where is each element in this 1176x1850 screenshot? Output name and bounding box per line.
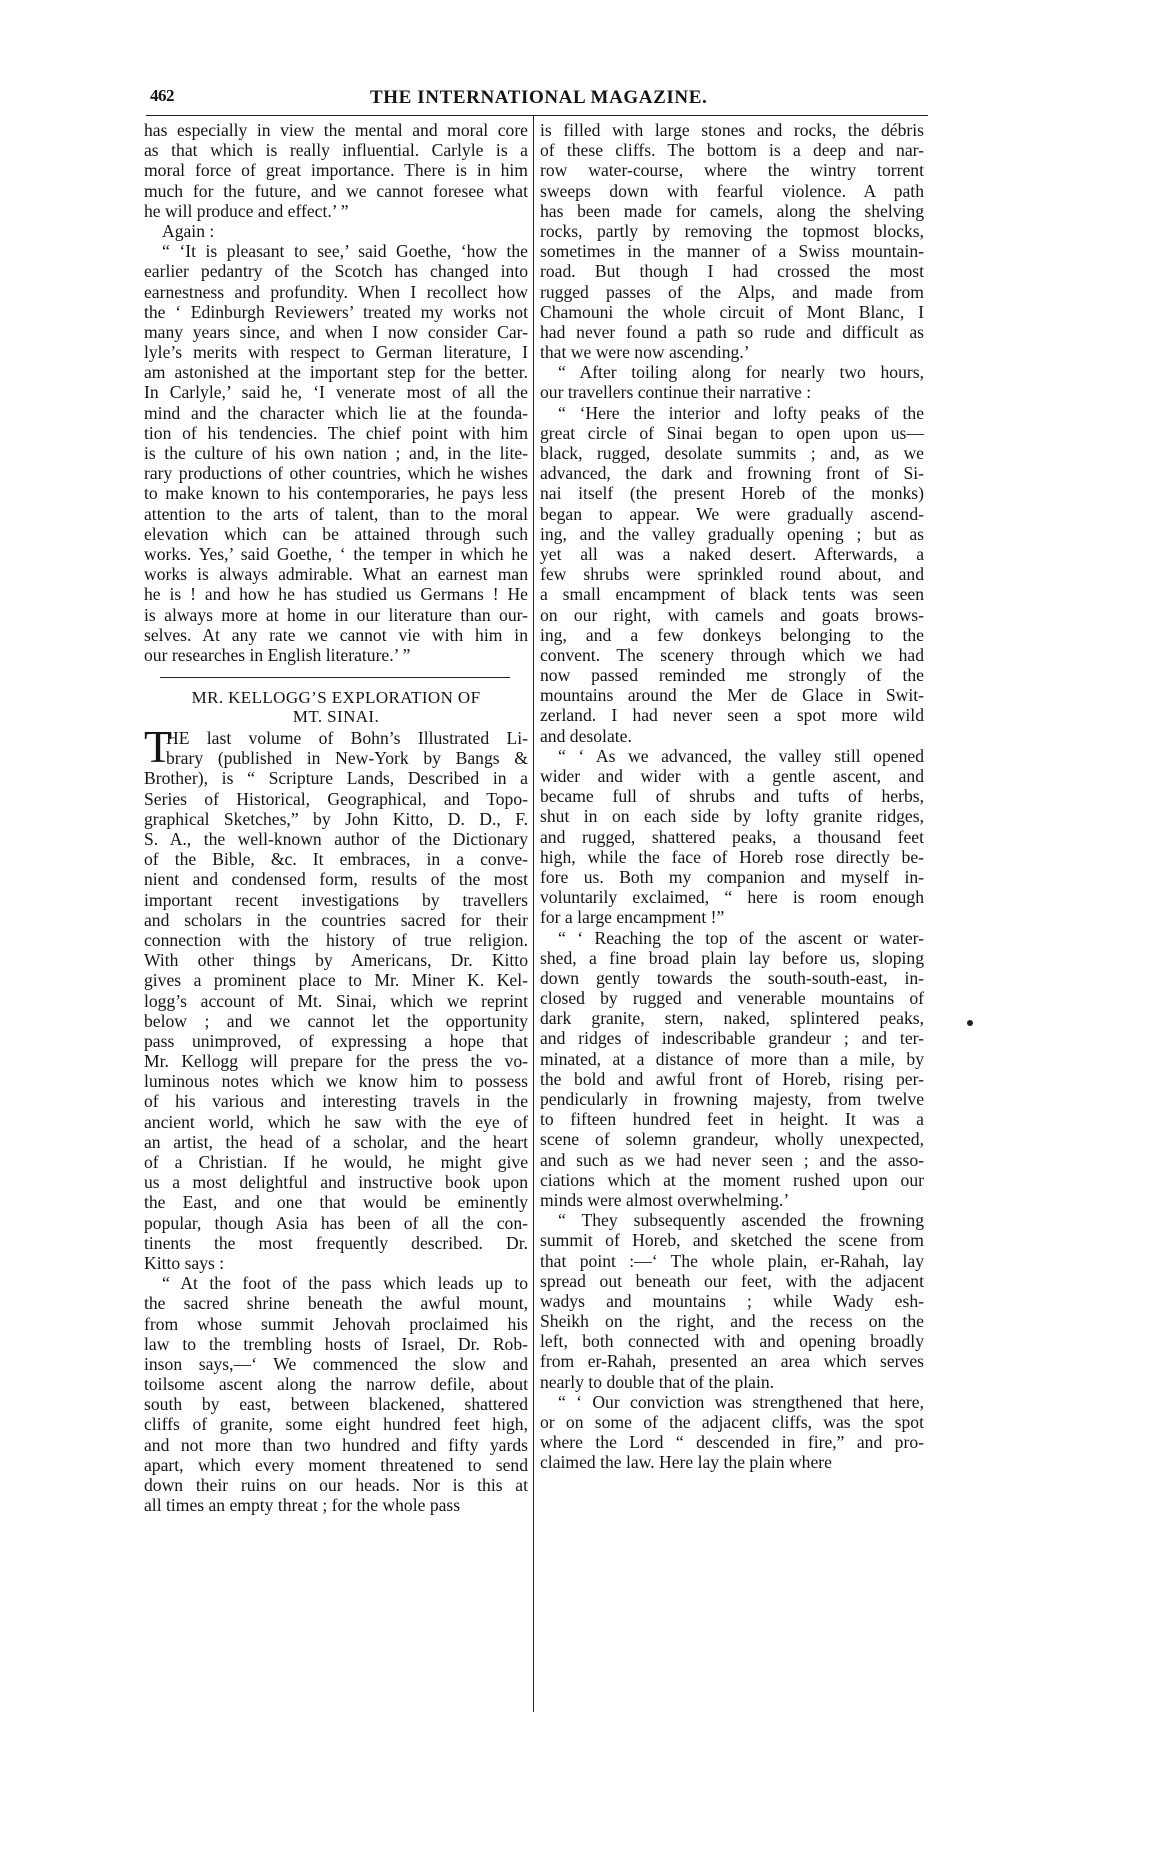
text-line: brary (published in New-York by Bangs & [144, 748, 528, 768]
section-subtitle: MT. SINAI. [144, 707, 528, 726]
text-line: for a large encampment !” [540, 907, 924, 927]
text-line: “ ‘It is pleasant to see,’ said Goethe, … [144, 241, 528, 261]
text-line: left, both connected with and opening br… [540, 1331, 924, 1351]
right-column: is filled with large stones and rocks, t… [540, 120, 924, 1473]
text-line: advanced, the dark and frowning front of… [540, 463, 924, 483]
text-line: attention to the arts of talent, than to… [144, 504, 528, 524]
text-line: our researches in English literature.’ ” [144, 645, 528, 665]
text-line: closed by rugged and venerable mountains… [540, 988, 924, 1008]
text-line: began to appear. We were gradually ascen… [540, 504, 924, 524]
text-line: black, rugged, desolate summits ; and, a… [540, 443, 924, 463]
text-line: ancient world, which he saw with the eye… [144, 1112, 528, 1132]
text-line: scene of solemn grandeur, wholly unexpec… [540, 1129, 924, 1149]
text-line: the sacred shrine beneath the awful moun… [144, 1293, 528, 1313]
text-line: tinents the most frequently described. D… [144, 1233, 528, 1253]
text-line: Chamouni the whole circuit of Mont Blanc… [540, 302, 924, 322]
text-line: graphical Sketches,” by John Kitto, D. D… [144, 809, 528, 829]
text-line: connection with the history of true reli… [144, 930, 528, 950]
text-line: the East, and one that would be eminentl… [144, 1192, 528, 1212]
text-line: us a most delightful and instructive boo… [144, 1172, 528, 1192]
text-line: is the culture of his own nation ; and, … [144, 443, 528, 463]
text-line: wadys and mountains ; while Wady esh- [540, 1291, 924, 1311]
drop-cap: T [144, 726, 172, 768]
text-line: “ At the foot of the pass which leads up… [144, 1273, 528, 1293]
article-body: T HE last volume of Bohn’s Illustrated L… [144, 728, 528, 1515]
text-line: nient and condensed form, results of the… [144, 869, 528, 889]
text-line: S. A., the well-known author of the Dict… [144, 829, 528, 849]
text-line: ing, and the valley gradually opening ; … [540, 524, 924, 544]
text-line: “ ‘ Our conviction was strengthened that… [540, 1392, 924, 1412]
text-line: now passed reminded me strongly of the [540, 665, 924, 685]
text-line: “ ‘ As we advanced, the valley still ope… [540, 746, 924, 766]
text-line: became full of shrubs and tufts of herbs… [540, 786, 924, 806]
text-line: and ridges of indescribable grandeur ; a… [540, 1028, 924, 1048]
text-line: Sheikh on the right, and the recess on t… [540, 1311, 924, 1331]
text-line: and desolate. [540, 726, 924, 746]
text-line: all times an empty threat ; for the whol… [144, 1495, 528, 1515]
text-line: had never found a path so rude and diffi… [540, 322, 924, 342]
text-line: shut in on each side by lofty granite ri… [540, 806, 924, 826]
text-line: Kitto says : [144, 1253, 528, 1273]
text-line: mountains around the Mer de Glace in Swi… [540, 685, 924, 705]
text-line: rocks, partly by removing the topmost bl… [540, 221, 924, 241]
text-line: luminous notes which we know him to poss… [144, 1071, 528, 1091]
text-line: a small encampment of black tents was se… [540, 584, 924, 604]
text-line: down their ruins on our heads. Nor is th… [144, 1475, 528, 1495]
text-line: mind and the character which lie at the … [144, 403, 528, 423]
text-line: pass unimproved, of expressing a hope th… [144, 1031, 528, 1051]
text-line: gives a prominent place to Mr. Miner K. … [144, 970, 528, 990]
text-line: moral force of great importance. There i… [144, 160, 528, 180]
text-line: from er-Rahah, presented an area which s… [540, 1351, 924, 1371]
sinai-narrative: is filled with large stones and rocks, t… [540, 120, 924, 1473]
text-line: With other things by Americans, Dr. Kitt… [144, 950, 528, 970]
text-line: and such as we had never seen ; and the … [540, 1150, 924, 1170]
text-line: down gently towards the south-south-east… [540, 968, 924, 988]
text-line: row water-course, where the wintry torre… [540, 160, 924, 180]
text-line: earlier pedantry of the Scotch has chang… [144, 261, 528, 281]
left-column: has especially in view the mental and mo… [144, 120, 528, 1515]
text-line: HE last volume of Bohn’s Illustrated Li- [144, 728, 528, 748]
text-line: cliffs of granite, some eight hundred fe… [144, 1414, 528, 1434]
text-line: Brother), is “ Scripture Lands, Describe… [144, 768, 528, 788]
text-line: inson says,—‘ We commenced the slow and [144, 1354, 528, 1374]
text-line: below ; and we cannot let the opportunit… [144, 1011, 528, 1031]
text-line: important recent investigations by trave… [144, 890, 528, 910]
text-line: rugged passes of the Alps, and made from [540, 282, 924, 302]
text-line: that we were now ascending.’ [540, 342, 924, 362]
text-line: few shrubs were sprinkled round about, a… [540, 564, 924, 584]
magazine-page: 462 THE INTERNATIONAL MAGAZINE. has espe… [0, 0, 1176, 1850]
text-line: to fifteen hundred feet in height. It wa… [540, 1109, 924, 1129]
text-line: Mr. Kellogg will prepare for the press t… [144, 1051, 528, 1071]
text-line: high, while the face of Horeb rose direc… [540, 847, 924, 867]
text-line: apart, which every moment threatened to … [144, 1455, 528, 1475]
section-divider [160, 677, 510, 678]
text-line: law to the trembling hosts of Israel, Dr… [144, 1334, 528, 1354]
ink-spot [967, 1020, 973, 1026]
text-line: claimed the law. Here lay the plain wher… [540, 1452, 924, 1472]
text-line: where the Lord “ descended in fire,” and… [540, 1432, 924, 1452]
text-line: he will produce and effect.’ ” [144, 201, 528, 221]
text-line: many years since, and when I now conside… [144, 322, 528, 342]
text-line: our travellers continue their narrative … [540, 382, 924, 402]
text-line: elevation which can be attained through … [144, 524, 528, 544]
text-line: sometimes in the manner of a Swiss mount… [540, 241, 924, 261]
text-line: works is always admirable. What an earne… [144, 564, 528, 584]
text-line: has been made for camels, along the shel… [540, 201, 924, 221]
text-line: sweeps down with fearful violence. A pat… [540, 181, 924, 201]
text-line: lyle’s merits with respect to German lit… [144, 342, 528, 362]
text-line: as that which is really influential. Car… [144, 140, 528, 160]
section-title: MR. KELLOGG’S EXPLORATION OF [144, 688, 528, 707]
header-rule [146, 115, 928, 116]
text-line: “ After toiling along for nearly two hou… [540, 362, 924, 382]
page-number: 462 [150, 86, 174, 106]
text-line: convent. The scenery through which we ha… [540, 645, 924, 665]
text-line: works. Yes,’ said Goethe, ‘ the temper i… [144, 544, 528, 564]
text-line: popular, though Asia has been of all the… [144, 1213, 528, 1233]
text-line: has especially in view the mental and mo… [144, 120, 528, 140]
text-line: Series of Historical, Geographical, and … [144, 789, 528, 809]
text-line: the ‘ Edinburgh Reviewers’ treated my wo… [144, 302, 528, 322]
text-line: is filled with large stones and rocks, t… [540, 120, 924, 140]
text-line: In Carlyle,’ said he, ‘I venerate most o… [144, 382, 528, 402]
text-line: and scholars in the countries sacred for… [144, 910, 528, 930]
text-line: on our right, with camels and goats brow… [540, 605, 924, 625]
text-line: voluntarily exclaimed, “ here is room en… [540, 887, 924, 907]
text-line: and rugged, shattered peaks, a thousand … [540, 827, 924, 847]
text-line: minated, at a distance of more than a mi… [540, 1049, 924, 1069]
text-line: the bold and awful front of Horeb, risin… [540, 1069, 924, 1089]
text-line: great circle of Sinai began to open upon… [540, 423, 924, 443]
text-line: and not more than two hundred and fifty … [144, 1435, 528, 1455]
text-line: road. But though I had crossed the most [540, 261, 924, 281]
text-line: “ ‘Here the interior and lofty peaks of … [540, 403, 924, 423]
text-line: rary productions of other countries, whi… [144, 463, 528, 483]
text-line: earnestness and profundity. When I recol… [144, 282, 528, 302]
text-line: am astonished at the important step for … [144, 362, 528, 382]
text-line: south by east, between blackened, shatte… [144, 1394, 528, 1414]
running-title: THE INTERNATIONAL MAGAZINE. [370, 87, 707, 109]
text-line: toilsome ascent along the narrow defile,… [144, 1374, 528, 1394]
text-line: or on some of the adjacent cliffs, was t… [540, 1412, 924, 1432]
text-line: logg’s account of Mt. Sinai, which we re… [144, 991, 528, 1011]
text-line: an artist, the head of a scholar, and th… [144, 1132, 528, 1152]
text-line: yet all was a naked desert. Afterwards, … [540, 544, 924, 564]
text-line: shed, a fine broad plain lay before us, … [540, 948, 924, 968]
text-line: Again : [144, 221, 528, 241]
text-line: from whose summit Jehovah proclaimed his [144, 1314, 528, 1334]
text-line: “ They subsequently ascended the frownin… [540, 1210, 924, 1230]
text-line: minds were almost overwhelming.’ [540, 1190, 924, 1210]
goethe-quote-continuation: has especially in view the mental and mo… [144, 120, 528, 665]
text-line: wider and wider with a gentle ascent, an… [540, 766, 924, 786]
text-line: of a Christian. If he would, he might gi… [144, 1152, 528, 1172]
column-divider [533, 116, 534, 1712]
text-line: he is ! and how he has studied us German… [144, 584, 528, 604]
text-line: zerland. I had never seen a spot more wi… [540, 705, 924, 725]
text-line: of his various and interesting travels i… [144, 1091, 528, 1111]
text-line: ciations which at the moment rushed upon… [540, 1170, 924, 1190]
text-line: pendicularly in frowning majesty, from t… [540, 1089, 924, 1109]
text-line: much for the future, and we cannot fores… [144, 181, 528, 201]
text-line: nearly to double that of the plain. [540, 1372, 924, 1392]
text-line: dark granite, stern, naked, splintered p… [540, 1008, 924, 1028]
page-header: 462 THE INTERNATIONAL MAGAZINE. [150, 86, 930, 114]
text-line: nai itself (the present Horeb of the mon… [540, 483, 924, 503]
text-line: “ ‘ Reaching the top of the ascent or wa… [540, 928, 924, 948]
text-line: to make known to his contemporaries, he … [144, 483, 528, 503]
text-line: of these cliffs. The bottom is a deep an… [540, 140, 924, 160]
text-line: of the Bible, &c. It embraces, in a conv… [144, 849, 528, 869]
text-line: selves. At any rate we cannot vie with h… [144, 625, 528, 645]
text-line: fore us. Both my companion and myself in… [540, 867, 924, 887]
text-line: spread out beneath our feet, with the ad… [540, 1271, 924, 1291]
text-line: ing, and a few donkeys belonging to the [540, 625, 924, 645]
text-line: that point :—‘ The whole plain, er-Rahah… [540, 1251, 924, 1271]
text-line: tion of his tendencies. The chief point … [144, 423, 528, 443]
text-line: summit of Horeb, and sketched the scene … [540, 1230, 924, 1250]
text-line: is always more at home in our literature… [144, 605, 528, 625]
